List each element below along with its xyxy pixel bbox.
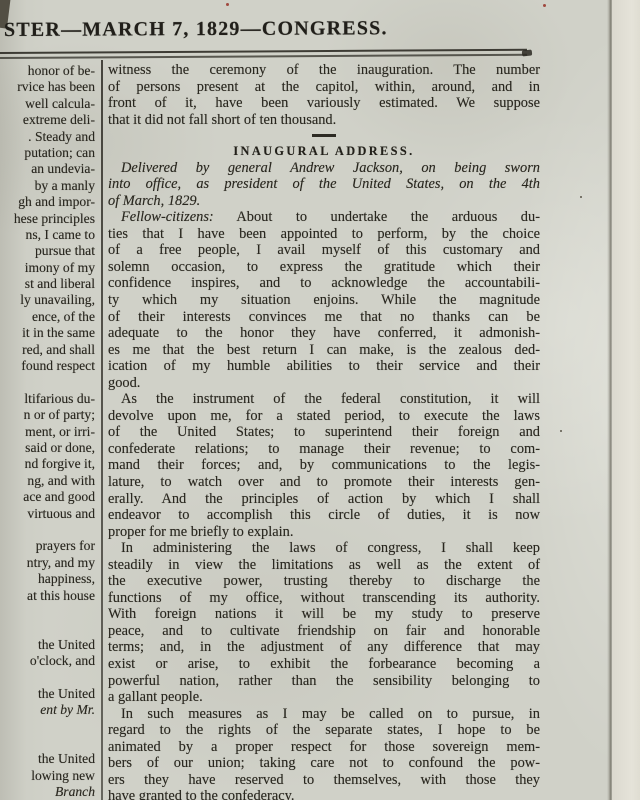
left-fragment-line: the United [0,751,95,767]
article-line: witness the ceremony of the inauguration… [108,62,540,79]
article-line: lature, to watch over and to promote the… [108,474,540,491]
left-fragment-line [0,374,95,390]
left-fragment-line: extreme deli- [0,112,95,128]
newspaper-page: STER—MARCH 7, 1829—CONGRESS. honor of be… [0,0,640,800]
left-fragment-line: rvice has been [0,79,95,95]
left-fragment-line [0,620,95,636]
article-line: bers of our union; taking care not to co… [108,755,540,772]
left-fragment-line: ltifarious du- [0,391,95,407]
article-line: of their interests convinces me that no … [108,309,540,326]
article-column: witness the ceremony of the inauguration… [108,62,540,800]
article-line: steadily in view the limitations as well… [108,557,540,574]
article-line: mand their forces; and, by communication… [108,457,540,474]
article-line: confederate relations; to manage their r… [108,441,540,458]
left-fragment-line: the United [0,686,95,702]
left-fragment-line: o'clock, and [0,653,95,669]
article-line: endeavor to accomplish this circle of du… [108,507,540,524]
article-line: a gallant people. [108,689,540,706]
article-line: that it did not fall short of ten thousa… [108,112,540,129]
article-line: Delivered by general Andrew Jackson, on … [108,160,540,177]
masthead-dateline: STER—MARCH 7, 1829—CONGRESS. [4,17,434,42]
article-line: peace, and to cultivate friendship on fa… [108,623,540,640]
red-speck [543,4,546,7]
red-speck [226,3,229,6]
dash-divider [312,134,336,136]
left-fragment-line: ace and good [0,489,95,505]
ink-speck [560,430,562,432]
left-fragment-line: lowing new [0,768,95,784]
left-fragment-line: found respect [0,358,95,374]
ink-speck [580,196,582,198]
article-line: exist or arise, to exhibit the forbearan… [108,656,540,673]
left-fragment-line: nd forgive it, [0,456,95,472]
column-divider-rule [101,60,103,800]
article-line: animated by a proper respect for those s… [108,739,540,756]
left-fragment-line: honor of be- [0,63,95,79]
left-fragment-line: ence, of the [0,309,95,325]
left-fragment-line: ns, I came to [0,227,95,243]
left-fragment-line [0,522,95,538]
article-line: functions of my office, without transcen… [108,590,540,607]
article-line: ication of my humble abilities to their … [108,358,540,375]
article-line: front of it, have been variously estimat… [108,95,540,112]
left-fragment-line: virtuous and [0,506,95,522]
left-fragment-line: well calcula- [0,96,95,112]
paragraph: Fellow-citizens: About to undertake the … [108,209,540,391]
article-line: es me that the best return I can make, i… [108,342,540,359]
left-fragment-line: at this house [0,588,95,604]
article-line: ers they have reserved to themselves, wi… [108,772,540,789]
left-fragment-line [0,669,95,685]
article-line: erally. And the principles of action by … [108,491,540,508]
article-line: ty which my situation enjoins. While the… [108,292,540,309]
rule-end-blob [522,49,533,56]
left-fragment-line: n or of party; [0,407,95,423]
left-fragment-line: hese principles [0,211,95,227]
left-fragment-line: it in the same [0,325,95,341]
paragraph: witness the ceremony of the inauguration… [108,62,540,128]
left-fragment-line: ng, and with [0,473,95,489]
article-line: the executive power, trusting thereby to… [108,573,540,590]
left-fragment-line: gh and impor- [0,194,95,210]
article-line: solemn occasion, to express the gratitud… [108,259,540,276]
left-fragment-line [0,735,95,751]
left-fragment-line: putation; can [0,145,95,161]
article-line: of the United States; to superintend the… [108,424,540,441]
left-fragment-line: red, and shall [0,342,95,358]
paragraph: In such measures as I may be called on t… [108,706,540,800]
article-line: of March, 1829. [108,193,540,210]
left-fragment-line: prayers for [0,538,95,554]
left-fragment-line: st and liberal [0,276,95,292]
article-line: As the instrument of the federal constit… [108,391,540,408]
left-fragment-line [0,604,95,620]
left-fragment-line: ent by Mr. [0,702,95,718]
left-fragment-line: ment, or irri- [0,424,95,440]
left-fragment-line: said or done, [0,440,95,456]
left-fragment-line: imony of my [0,260,95,276]
article-line: confidence inspires, and to acknowledge … [108,275,540,292]
article-line: into office, as president of the United … [108,176,540,193]
article-line: good. [108,375,540,392]
article-line: devolve upon me, for a stated period, to… [108,408,540,425]
article-line: ties that I have been appointed to perfo… [108,226,540,243]
article-line: With foreign nations it will be my study… [108,606,540,623]
article-line: of persons present at the capitol, withi… [108,79,540,96]
article-line: In administering the laws of congress, I… [108,540,540,557]
article-line: proper for me briefly to explain. [108,524,540,541]
left-fragment-line: by a manly [0,178,95,194]
article-line: adequate to the honor they have conferre… [108,325,540,342]
section-heading: INAUGURAL ADDRESS. [108,141,540,160]
left-fragment-line: happiness, [0,571,95,587]
left-fragment-line: the United [0,637,95,653]
paragraph: Delivered by general Andrew Jackson, on … [108,160,540,210]
left-fragment-line: . Steady and [0,129,95,145]
article-line: have granted to the confederacy. [108,788,540,800]
left-fragment-line: ly unavailing, [0,292,95,308]
left-fragment-line: Branch [0,784,95,800]
article-line: regard to the rights of the separate sta… [108,722,540,739]
page-edge [612,0,640,800]
left-column-fragments: honor of be-rvice has beenwell calcula-e… [0,63,95,800]
article-line: In such measures as I may be called on t… [108,706,540,723]
paragraph: In administering the laws of congress, I… [108,540,540,705]
left-fragment-line: ntry, and my [0,555,95,571]
paragraph: As the instrument of the federal constit… [108,391,540,540]
masthead-double-rule [0,49,527,59]
left-fragment-line: pursue that [0,243,95,259]
left-fragment-line [0,719,95,735]
article-line: of a free people, I avail myself of this… [108,242,540,259]
left-fragment-line: an undevia- [0,161,95,177]
article-line: powerful nation, rather than the sensibi… [108,673,540,690]
article-line: terms; and, in the adjustment of any dif… [108,639,540,656]
article-line: Fellow-citizens: About to undertake the … [108,209,540,226]
